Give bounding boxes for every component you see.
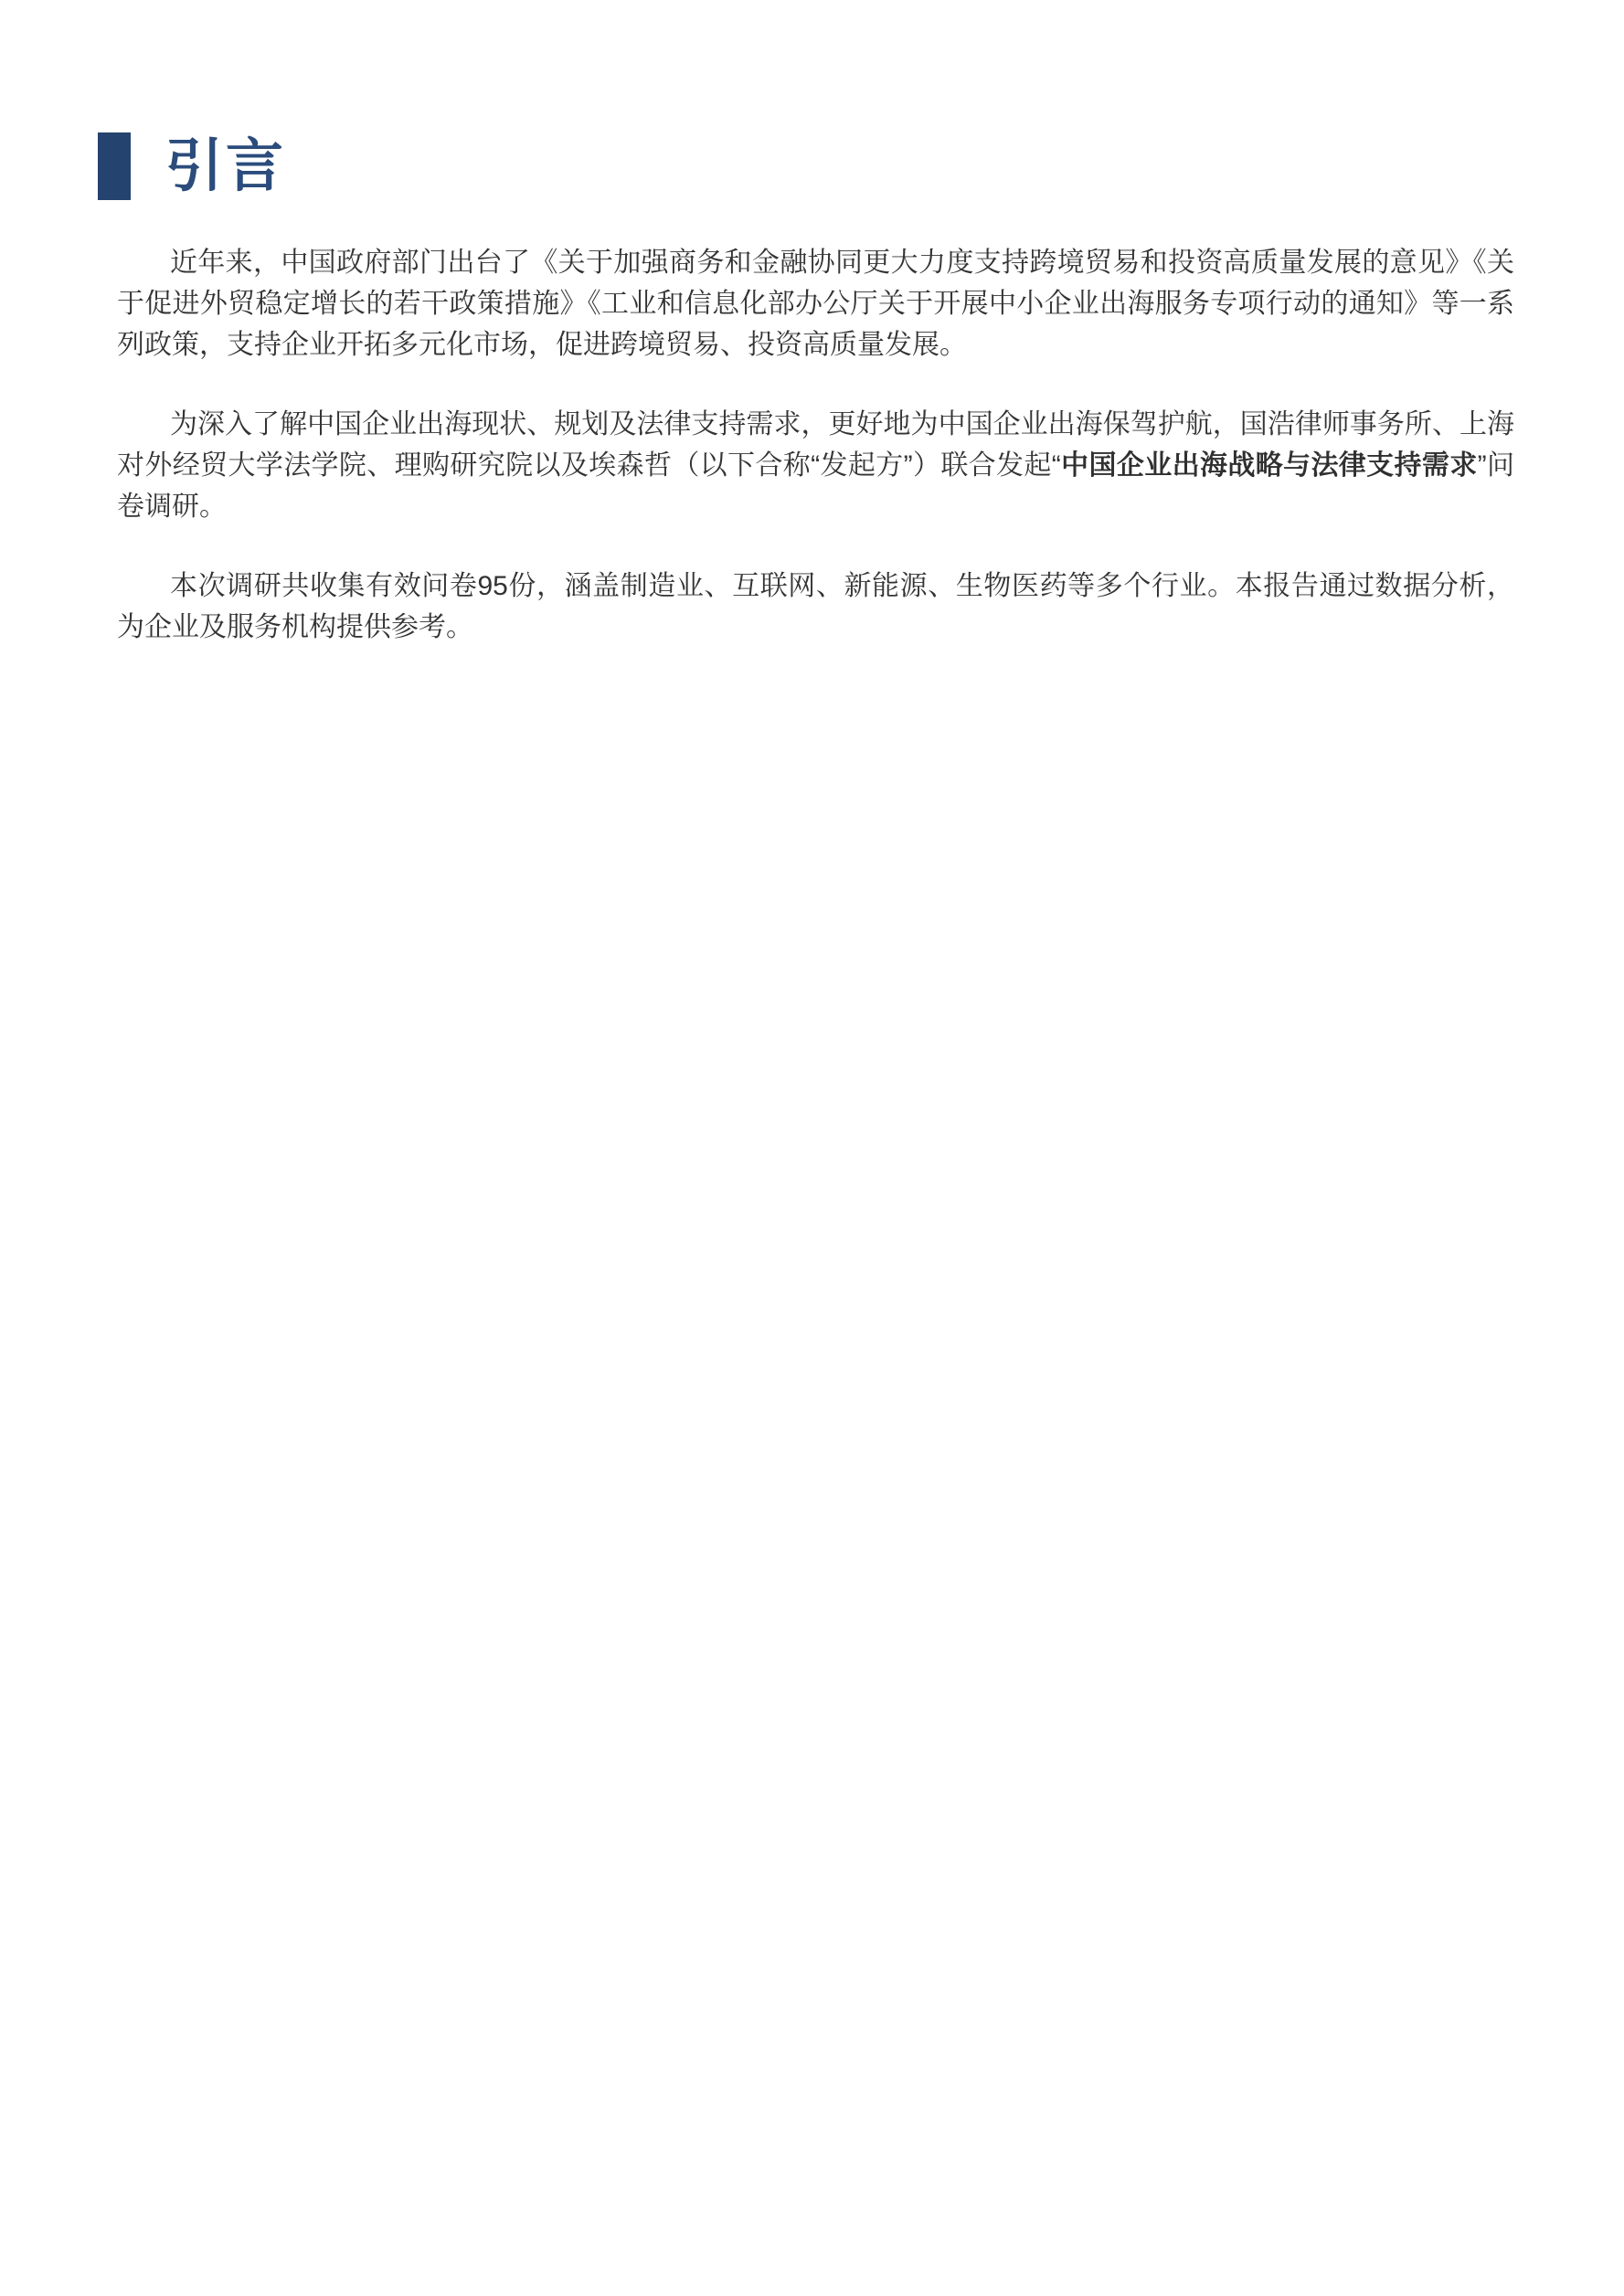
document-page: 引言 近年来，中国政府部门出台了《关于加强商务和金融协同更大力度支持跨境贸易和投… <box>0 0 1624 2296</box>
section-title: 引言 <box>165 132 286 200</box>
section-header: 引言 <box>98 132 1514 200</box>
paragraph-survey-initiators: 为深入了解中国企业出海现状、规划及法律支持需求，更好地为中国企业出海保驾护航，国… <box>117 404 1514 527</box>
survey-name-bold: 中国企业出海战略与法律支持需求 <box>1061 450 1478 481</box>
paragraph-policy-background: 近年来，中国政府部门出台了《关于加强商务和金融协同更大力度支持跨境贸易和投资高质… <box>117 242 1514 365</box>
accent-bar <box>98 132 131 200</box>
intro-section: 引言 近年来，中国政府部门出台了《关于加强商务和金融协同更大力度支持跨境贸易和投… <box>0 0 1624 648</box>
paragraph-sample-description: 本次调研共收集有效问卷95份，涵盖制造业、互联网、新能源、生物医药等多个行业。本… <box>117 566 1514 648</box>
